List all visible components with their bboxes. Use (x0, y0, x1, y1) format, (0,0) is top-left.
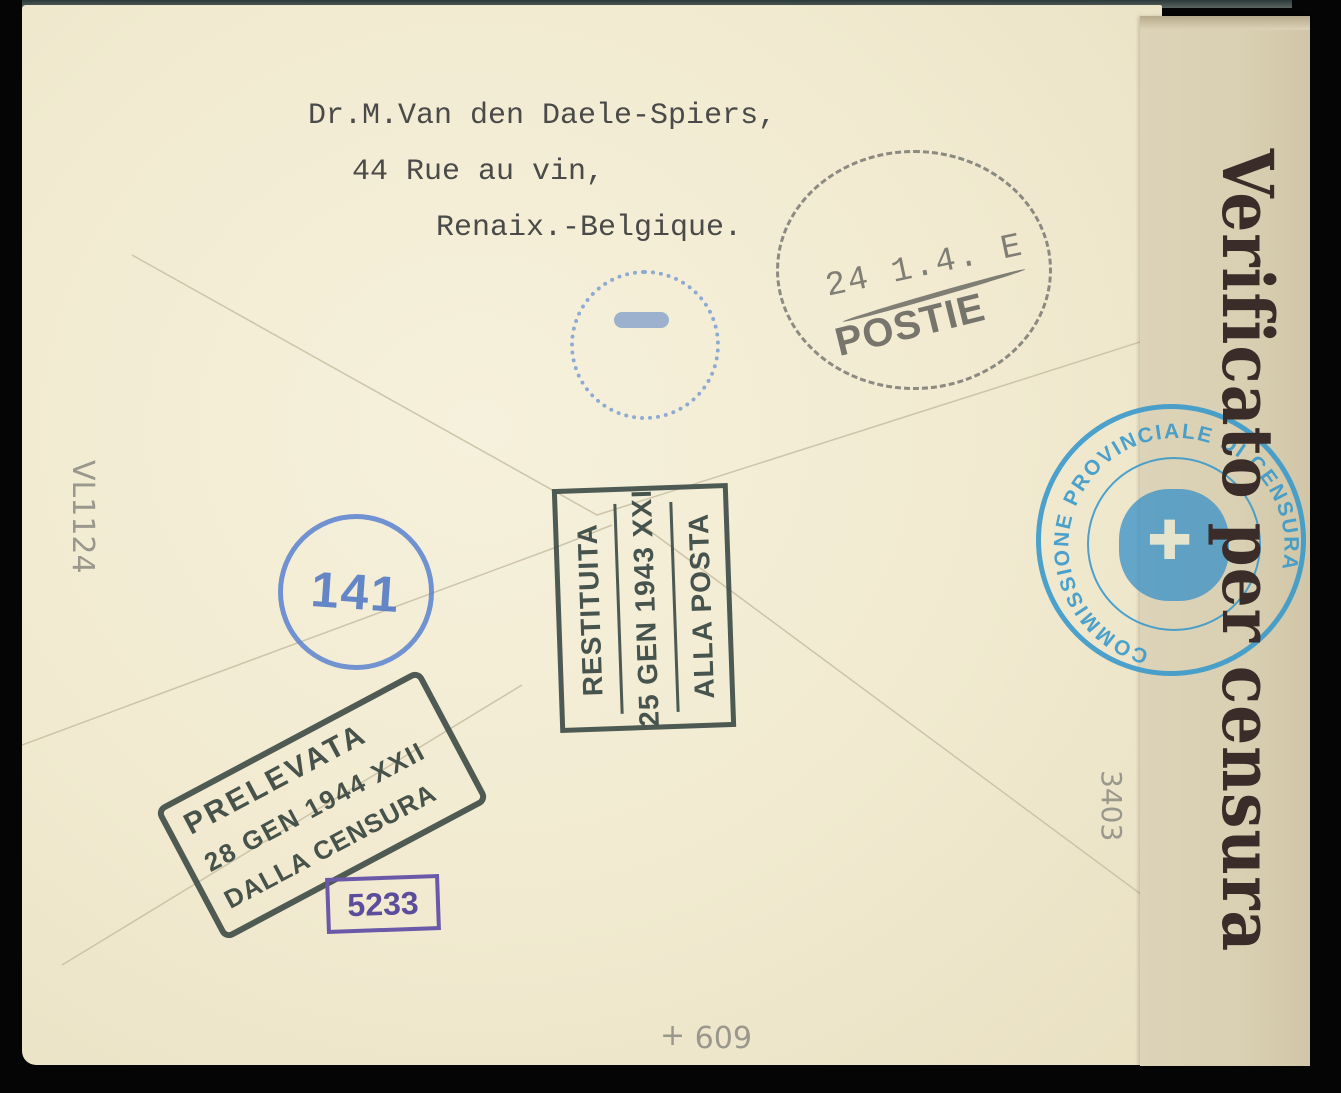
censor-tape-text: Verificato per censura (1193, 190, 1303, 910)
restituita-stamp: RESTITUITA 25 GEN 1943 XXI ALLA POSTA (552, 483, 736, 733)
censor-number-stamp: 5233 (325, 874, 441, 934)
pencil-note-left: VL1124 (65, 460, 100, 574)
pencil-note-bottom: 609 + (660, 1018, 752, 1053)
number-circle-text: 141 (309, 560, 402, 624)
return-address-name: Dr.M.Van den Daele-Spiers, (308, 88, 776, 144)
censor-number-text: 5233 (347, 884, 419, 923)
blue-smudged-stamp (570, 270, 720, 420)
return-address-city: Renaix.-Belgique. (436, 200, 776, 256)
restituita-line2: 25 GEN 1943 XXI (626, 489, 666, 728)
censor-tape-shadow (1140, 16, 1310, 30)
restituita-line3: ALLA POSTA (683, 513, 721, 700)
censor-tape-label: Verificato per censura (1207, 148, 1290, 951)
number-circle-stamp: 141 (278, 514, 434, 670)
restituita-line1: RESTITUITA (571, 523, 609, 697)
return-address-street: 44 Rue au vin, (352, 144, 776, 200)
postmark-stamp: 24 1.4. E POSTIE (776, 150, 1052, 390)
pencil-note-right: 3403 (1095, 770, 1128, 841)
return-address: Dr.M.Van den Daele-Spiers, 44 Rue au vin… (308, 88, 776, 256)
